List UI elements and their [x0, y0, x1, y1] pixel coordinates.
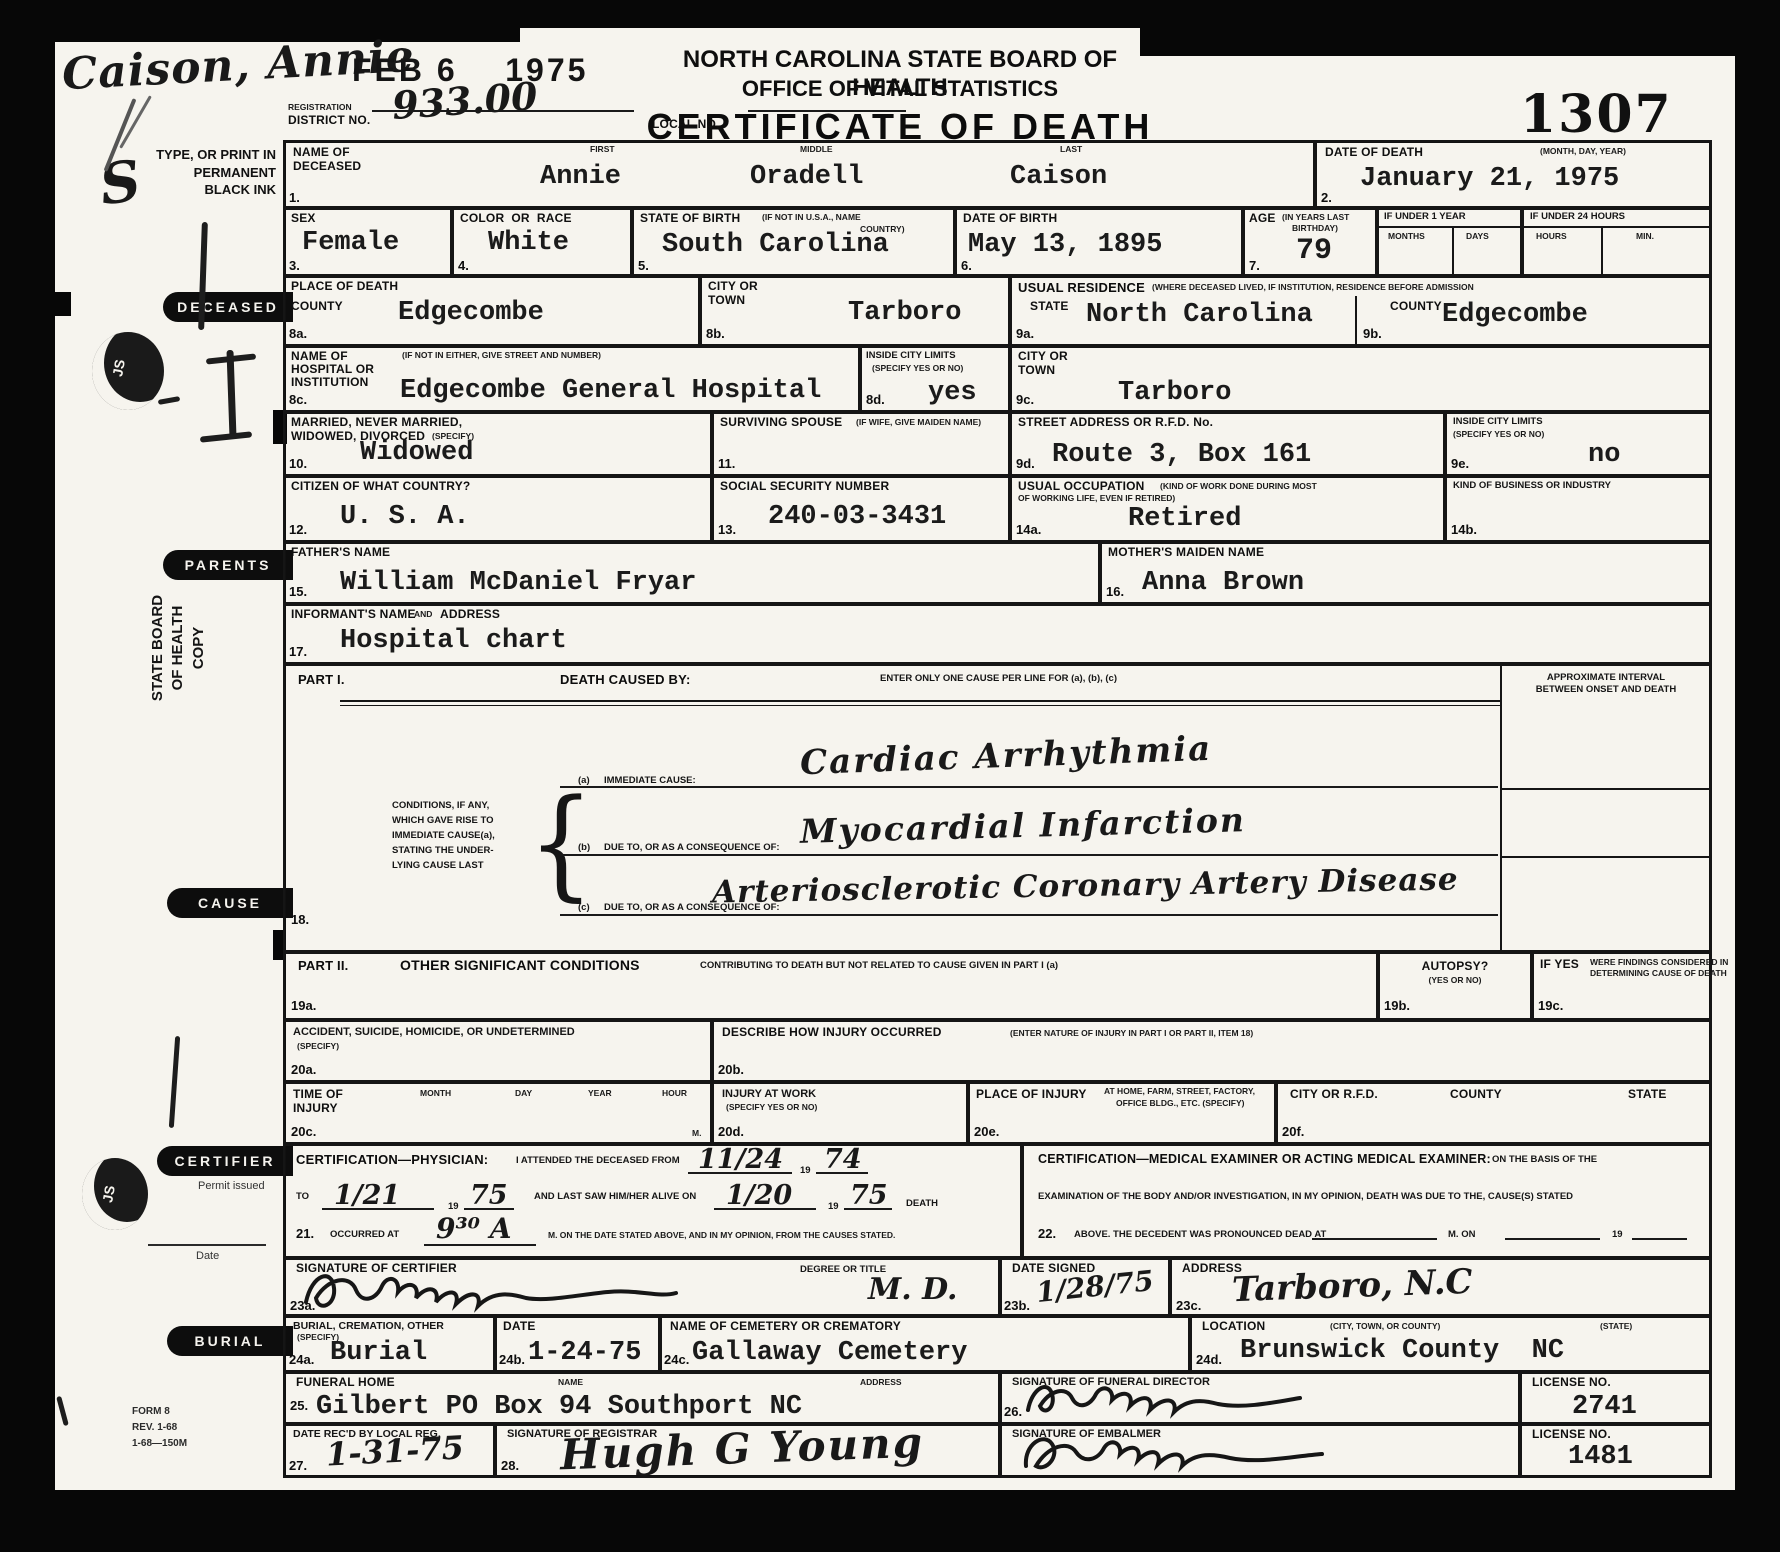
age-sublabel: (IN YEARS LAST: [1282, 212, 1349, 223]
item-10: 10.: [289, 456, 307, 471]
occupation-sublabel: OF WORKING LIFE, EVEN IF RETIRED): [1018, 493, 1175, 504]
hospital-sublabel: (IF NOT IN EITHER, GIVE STREET AND NUMBE…: [402, 350, 601, 361]
race-value: White: [488, 228, 569, 258]
res-city-label: CITY OR: [1018, 350, 1068, 364]
time-injury-label: INJURY: [293, 1102, 338, 1116]
street-label: STREET ADDRESS OR R.F.D. No.: [1018, 416, 1213, 430]
dod-label: DATE OF DEATH: [1325, 146, 1423, 160]
item-19b: 19b.: [1384, 998, 1410, 1013]
cemetery-value: Gallaway Cemetery: [692, 1338, 967, 1368]
middle-label: MIDDLE: [800, 144, 833, 155]
spouse-label: SURVIVING SPOUSE: [720, 416, 842, 430]
occurred-rest-label: M. ON THE DATE STATED ABOVE, AND IN MY O…: [548, 1230, 895, 1241]
me-line2: EXAMINATION OF THE BODY AND/OR INVESTIGA…: [1038, 1191, 1573, 1203]
certifier-signature: [298, 1262, 768, 1314]
item-18: 18.: [291, 912, 309, 927]
item-24b: 24b.: [499, 1352, 525, 1367]
grid-line: [1601, 226, 1603, 276]
res-city-label: TOWN: [1018, 364, 1055, 378]
marital-value: Widowed: [360, 438, 473, 468]
injury-city-label: CITY OR R.F.D.: [1290, 1088, 1378, 1102]
year-19: 19: [800, 1165, 811, 1177]
age-value: 79: [1296, 234, 1332, 268]
conditions-note: CONDITIONS, IF ANY,: [392, 800, 489, 812]
cause-c-line: [560, 914, 1498, 916]
grid-line: [1452, 226, 1454, 276]
district-no-line: [372, 110, 634, 112]
ink-note-line2: PERMANENT: [128, 164, 276, 182]
stamp-mark-upper: JS: [92, 332, 164, 410]
item-22: 22.: [1038, 1226, 1056, 1241]
injury-at-work-sublabel: (SPECIFY YES OR NO): [726, 1102, 817, 1113]
item-6: 6.: [961, 258, 972, 273]
copy-note-line2: OF HEALTH: [168, 568, 188, 728]
tab-certifier: CERTIFIER: [157, 1146, 293, 1176]
stamp-letters: JS: [109, 358, 128, 378]
copy-note-line3: COPY: [189, 568, 209, 728]
residence-sublabel: (WHERE DECEASED LIVED, IF INSTITUTION, R…: [1152, 282, 1474, 293]
months-label: MONTHS: [1388, 231, 1425, 242]
under1-label: IF UNDER 1 YEAR: [1384, 211, 1466, 223]
race-label: COLOR OR RACE: [460, 212, 572, 226]
attended-from-value: 11/24: [698, 1144, 783, 1175]
me-line3: ABOVE. THE DECEDENT WAS PRONOUNCED DEAD …: [1074, 1229, 1326, 1241]
informant-label-and: AND: [414, 609, 432, 620]
item-20f: 20f.: [1282, 1124, 1304, 1139]
time-injury-label: TIME OF: [293, 1088, 343, 1102]
pod-city-value: Tarboro: [848, 298, 961, 328]
father-label: FATHER'S NAME: [291, 546, 390, 560]
item-28: 28.: [501, 1458, 519, 1473]
certifier-address-value: Tarboro, N.C: [1231, 1262, 1473, 1310]
citizen-value: U. S. A.: [340, 502, 470, 532]
date-blank-line: [148, 1244, 266, 1246]
date-received-value: 1-31-75: [325, 1428, 465, 1473]
to-label: TO: [296, 1191, 309, 1203]
stamp-mark-lower: JS: [82, 1158, 148, 1230]
tab-cause: CAUSE: [167, 888, 293, 918]
sex-label: SEX: [291, 212, 316, 226]
res-county-label: COUNTY: [1390, 300, 1442, 314]
place-of-death-label: PLACE OF DEATH: [291, 280, 398, 294]
item-9d: 9d.: [1016, 456, 1035, 471]
marital-label: MARRIED, NEVER MARRIED,: [291, 416, 462, 430]
street-value: Route 3, Box 161: [1052, 440, 1311, 470]
spouse-sublabel: (IF WIFE, GIVE MAIDEN NAME): [856, 417, 981, 428]
item-11: 11.: [718, 456, 735, 471]
month-label: MONTH: [420, 1088, 451, 1099]
other-conditions-note: CONTRIBUTING TO DEATH BUT NOT RELATED TO…: [700, 960, 1058, 972]
me-m-on-label: M. ON: [1448, 1229, 1475, 1241]
item-9b: 9b.: [1363, 326, 1382, 341]
res-limits-value: no: [1588, 440, 1620, 470]
grid-line: [1377, 226, 1522, 228]
hour-label: HOUR: [662, 1088, 687, 1099]
ink-note-line3: BLACK INK: [128, 181, 276, 199]
informant-label-address: ADDRESS: [440, 608, 500, 622]
pod-county-label: COUNTY: [291, 300, 343, 314]
time-of-death-value: 9³⁰ A: [436, 1212, 511, 1245]
item-13: 13.: [718, 522, 736, 537]
m-label: M.: [692, 1128, 701, 1139]
physician-cert-label: CERTIFICATION—PHYSICIAN:: [296, 1152, 488, 1167]
column-interval: [1500, 664, 1712, 952]
item-16: 16.: [1106, 584, 1124, 599]
item-3: 3.: [289, 258, 300, 273]
hospital-label: INSTITUTION: [291, 376, 369, 390]
res-county-value: Edgecombe: [1442, 300, 1588, 330]
scan-border-top: [0, 0, 520, 42]
res-limits-sublabel: (SPECIFY YES OR NO): [1453, 429, 1544, 440]
last-saw-value: 1/20: [726, 1180, 792, 1211]
to-year: 75: [470, 1180, 508, 1211]
tab-burial: BURIAL: [167, 1326, 293, 1356]
hospital-value: Edgecombe General Hospital: [400, 376, 821, 406]
occupation-label: USUAL OCCUPATION: [1018, 480, 1145, 494]
double-rule: [340, 705, 1500, 706]
location-label: LOCATION: [1202, 1320, 1265, 1334]
scan-artifact: [55, 292, 71, 316]
ink-note-line1: TYPE, OR PRINT IN: [128, 146, 276, 164]
item-24c: 24c.: [664, 1352, 689, 1367]
agency-office: OFFICE OF VITAL STATISTICS: [640, 76, 1160, 102]
injury-note: (ENTER NATURE OF INJURY IN PART I OR PAR…: [1010, 1028, 1253, 1039]
conditions-note: LYING CAUSE LAST: [392, 860, 484, 872]
funeral-home-value: Gilbert PO Box 94 Southport NC: [316, 1392, 802, 1422]
cause-b-letter: (b): [578, 842, 590, 854]
middle-name-value: Oradell: [750, 162, 863, 192]
item-12: 12.: [289, 522, 307, 537]
location-sublabel: (STATE): [1600, 1321, 1632, 1332]
item-4: 4.: [458, 258, 469, 273]
blank-line: [1505, 1238, 1600, 1240]
informant-value: Hospital chart: [340, 626, 567, 656]
last-saw-label: AND LAST SAW HIM/HER ALIVE ON: [534, 1191, 696, 1203]
age-sublabel: BIRTHDAY): [1292, 223, 1338, 234]
item-24d: 24d.: [1196, 1352, 1222, 1367]
item-23c: 23c.: [1176, 1298, 1201, 1313]
funeral-home-address-label: ADDRESS: [860, 1377, 902, 1388]
place-of-injury-label: PLACE OF INJURY: [976, 1088, 1087, 1102]
injury-at-work-label: INJURY AT WORK: [722, 1088, 816, 1102]
conditions-note: IMMEDIATE CAUSE(a),: [392, 830, 495, 842]
findings-note: WERE FINDINGS CONSIDERED IN: [1590, 957, 1728, 968]
days-label: DAYS: [1466, 231, 1489, 242]
license-label: LICENSE NO.: [1532, 1428, 1611, 1442]
cause-a-line: [560, 786, 1498, 788]
autopsy-sublabel: (YES OR NO): [1382, 975, 1528, 986]
death-caused-by-label: DEATH CAUSED BY:: [560, 672, 691, 687]
death-word: DEATH: [906, 1198, 938, 1210]
under24-label: IF UNDER 24 HOURS: [1530, 211, 1625, 223]
occupation-value: Retired: [1128, 504, 1241, 534]
other-conditions-label: OTHER SIGNIFICANT CONDITIONS: [400, 957, 640, 973]
limits-label: INSIDE CITY LIMITS: [866, 350, 956, 362]
item-17: 17.: [289, 644, 307, 659]
birth-state-label: STATE OF BIRTH: [640, 212, 740, 226]
hours-label: HOURS: [1536, 231, 1567, 242]
item-15: 15.: [289, 584, 307, 599]
item-2: 2.: [1321, 190, 1332, 205]
item-8b: 8b.: [706, 326, 725, 341]
item-20d: 20d.: [718, 1124, 744, 1139]
tab-deceased: DECEASED: [163, 292, 293, 322]
ssn-label: SOCIAL SECURITY NUMBER: [720, 480, 889, 494]
burial-date-value: 1-24-75: [528, 1338, 641, 1368]
dod-value: January 21, 1975: [1360, 164, 1619, 194]
last-saw-year: 75: [850, 1180, 888, 1211]
item-8c: 8c.: [289, 392, 307, 407]
item-9e: 9e.: [1451, 456, 1469, 471]
item-14a: 14a.: [1016, 522, 1041, 537]
citizen-label: CITIZEN OF WHAT COUNTRY?: [291, 480, 470, 494]
res-limits-label: INSIDE CITY LIMITS: [1453, 416, 1543, 428]
me-cert-label: CERTIFICATION—MEDICAL EXAMINER OR ACTING…: [1038, 1152, 1491, 1166]
field-res-city: [1010, 346, 1712, 412]
pod-city-label: TOWN: [708, 294, 745, 308]
birth-state-value: South Carolina: [662, 230, 889, 260]
form-revision: REV. 1-68: [132, 1420, 187, 1436]
sex-value: Female: [302, 228, 399, 258]
if-yes-label: IF YES: [1540, 958, 1579, 972]
form-number: FORM 8: [132, 1404, 187, 1420]
item-9a: 9a.: [1016, 326, 1034, 341]
father-value: William McDaniel Fryar: [340, 568, 696, 598]
item-25: 25.: [290, 1398, 308, 1413]
findings-note: DETERMINING CAUSE OF DEATH: [1590, 968, 1727, 979]
place-of-injury-sublabel: AT HOME, FARM, STREET, FACTORY,: [1104, 1086, 1255, 1097]
part2-label: PART II.: [298, 958, 348, 973]
part1-label: PART I.: [298, 672, 345, 687]
double-rule: [340, 700, 1500, 702]
permit-issued-label: Permit issued: [198, 1180, 265, 1192]
interval-label: APPROXIMATE INTERVAL: [1504, 672, 1708, 684]
first-name-value: Annie: [540, 162, 621, 192]
limits-sublabel: (SPECIFY YES OR NO): [872, 363, 963, 374]
burial-date-label: DATE: [503, 1320, 536, 1334]
item-23b: 23b.: [1004, 1298, 1030, 1313]
place-of-injury-sublabel: OFFICE BLDG., ETC. (SPECIFY): [1116, 1098, 1244, 1109]
injury-label: DESCRIBE HOW INJURY OCCURRED: [722, 1026, 942, 1040]
cemetery-location-value: Brunswick County NC: [1240, 1336, 1564, 1366]
conditions-note: WHICH GAVE RISE TO: [392, 815, 494, 827]
interval-label: BETWEEN ONSET AND DEATH: [1504, 684, 1708, 696]
injury-county-label: COUNTY: [1450, 1088, 1502, 1102]
form-print-run: 1-68—150M: [132, 1436, 187, 1452]
first-label: FIRST: [590, 144, 615, 155]
cause-c-letter: (c): [578, 902, 590, 914]
ssn-value: 240-03-3431: [768, 502, 946, 532]
pod-county-value: Edgecombe: [398, 298, 544, 328]
degree-value: M. D.: [868, 1272, 958, 1307]
pod-limits-value: yes: [928, 378, 977, 408]
item-14b: 14b.: [1451, 522, 1477, 537]
age-label: AGE: [1249, 212, 1276, 226]
item-19a: 19a.: [291, 998, 316, 1013]
item-5: 5.: [638, 258, 649, 273]
item-20e: 20e.: [974, 1124, 999, 1139]
grid-line: [1522, 226, 1712, 228]
conditions-note: STATING THE UNDER-: [392, 845, 494, 857]
item-24a: 24a.: [289, 1352, 314, 1367]
accident-label: ACCIDENT, SUICIDE, HOMICIDE, OR UNDETERM…: [293, 1026, 575, 1040]
to-value: 1/21: [334, 1180, 400, 1211]
residence-label: USUAL RESIDENCE: [1018, 280, 1145, 295]
grid-line: [1355, 296, 1357, 346]
industry-label: KIND OF BUSINESS OR INDUSTRY: [1453, 480, 1611, 492]
last-label: LAST: [1060, 144, 1082, 155]
burial-type-value: Burial: [330, 1338, 427, 1368]
blank-line: [1312, 1238, 1437, 1240]
location-sublabel: (CITY, TOWN, OR COUNTY): [1330, 1321, 1440, 1332]
district-no-label: DISTRICT NO.: [288, 114, 370, 128]
dod-sublabel: (MONTH, DAY, YEAR): [1540, 146, 1626, 157]
interval-line: [1500, 788, 1712, 790]
local-no-line: [748, 110, 906, 112]
res-state-value: North Carolina: [1086, 300, 1313, 330]
year-19: 19: [828, 1201, 839, 1213]
informant-label: INFORMANT'S NAME: [291, 608, 416, 622]
accident-sublabel: (SPECIFY): [297, 1041, 339, 1052]
item-8d: 8d.: [866, 392, 885, 407]
mother-value: Anna Brown: [1142, 568, 1304, 598]
due-to-label: DUE TO, OR AS A CONSEQUENCE OF:: [604, 842, 780, 854]
item-19c: 19c.: [1538, 998, 1563, 1013]
cemetery-label: NAME OF CEMETERY OR CREMATORY: [670, 1320, 901, 1334]
day-label: DAY: [515, 1088, 532, 1099]
item-20a: 20a.: [291, 1062, 316, 1077]
scanned-death-certificate: Caison, Annie FEB 6 1975 NORTH CAROLINA …: [0, 0, 1780, 1552]
item-20b: 20b.: [718, 1062, 744, 1077]
injury-state-label: STATE: [1628, 1088, 1667, 1102]
item-20c: 20c.: [291, 1124, 316, 1139]
license-label: LICENSE NO.: [1532, 1376, 1611, 1390]
year-label: YEAR: [588, 1088, 612, 1099]
occurred-at-label: OCCURRED AT: [330, 1229, 399, 1241]
res-state-label: STATE: [1030, 300, 1069, 314]
attended-from-year: 74: [824, 1144, 862, 1175]
attended-from-label: I ATTENDED THE DECEASED FROM: [516, 1155, 680, 1167]
name-label: NAME OF: [293, 146, 350, 160]
cause-b-line: [560, 854, 1498, 856]
stamp-letters: JS: [99, 1184, 118, 1204]
field-time-of-injury: [283, 1082, 712, 1144]
funeral-home-label: FUNERAL HOME: [296, 1376, 395, 1390]
date-blank-label: Date: [196, 1250, 219, 1262]
last-name-value: Caison: [1010, 162, 1107, 192]
min-label: MIN.: [1636, 231, 1654, 242]
interval-line: [1500, 856, 1712, 858]
name-label: DECEASED: [293, 160, 361, 174]
funeral-director-signature: [1022, 1374, 1332, 1420]
director-license-value: 2741: [1572, 1392, 1637, 1422]
blank-line: [1632, 1238, 1687, 1240]
dob-value: May 13, 1895: [968, 230, 1162, 260]
scan-border-top-right: [1140, 0, 1780, 56]
autopsy-label: AUTOPSY?: [1382, 960, 1528, 974]
item-8a: 8a.: [289, 326, 307, 341]
res-city-value: Tarboro: [1118, 378, 1231, 408]
embalmer-signature: [1022, 1428, 1352, 1474]
certificate-number: 1307: [1520, 84, 1673, 145]
dob-label: DATE OF BIRTH: [963, 212, 1057, 226]
occupation-sublabel: (KIND OF WORK DONE DURING MOST: [1160, 481, 1317, 492]
item-7: 7.: [1249, 258, 1260, 273]
item-21: 21.: [296, 1226, 314, 1241]
pod-city-label: CITY OR: [708, 280, 758, 294]
item-27: 27.: [289, 1458, 307, 1473]
one-cause-note: ENTER ONLY ONE CAUSE PER LINE FOR (a), (…: [880, 673, 1117, 685]
me-basis-label: ON THE BASIS OF THE: [1492, 1154, 1597, 1166]
birth-state-sublabel: (IF NOT IN U.S.A., NAME: [762, 212, 861, 223]
embalmer-license-value: 1481: [1568, 1442, 1633, 1472]
mother-label: MOTHER'S MAIDEN NAME: [1108, 546, 1264, 560]
me-19-label: 19: [1612, 1229, 1623, 1241]
registration-label: REGISTRATION: [288, 102, 352, 113]
item-9c: 9c.: [1016, 392, 1034, 407]
item-26: 26.: [1004, 1404, 1022, 1419]
copy-note-line1: STATE BOARD: [148, 568, 168, 728]
funeral-home-name-label: NAME: [558, 1377, 583, 1388]
item-1: 1.: [289, 190, 300, 205]
local-no-label: LOCAL NO.: [652, 118, 720, 132]
